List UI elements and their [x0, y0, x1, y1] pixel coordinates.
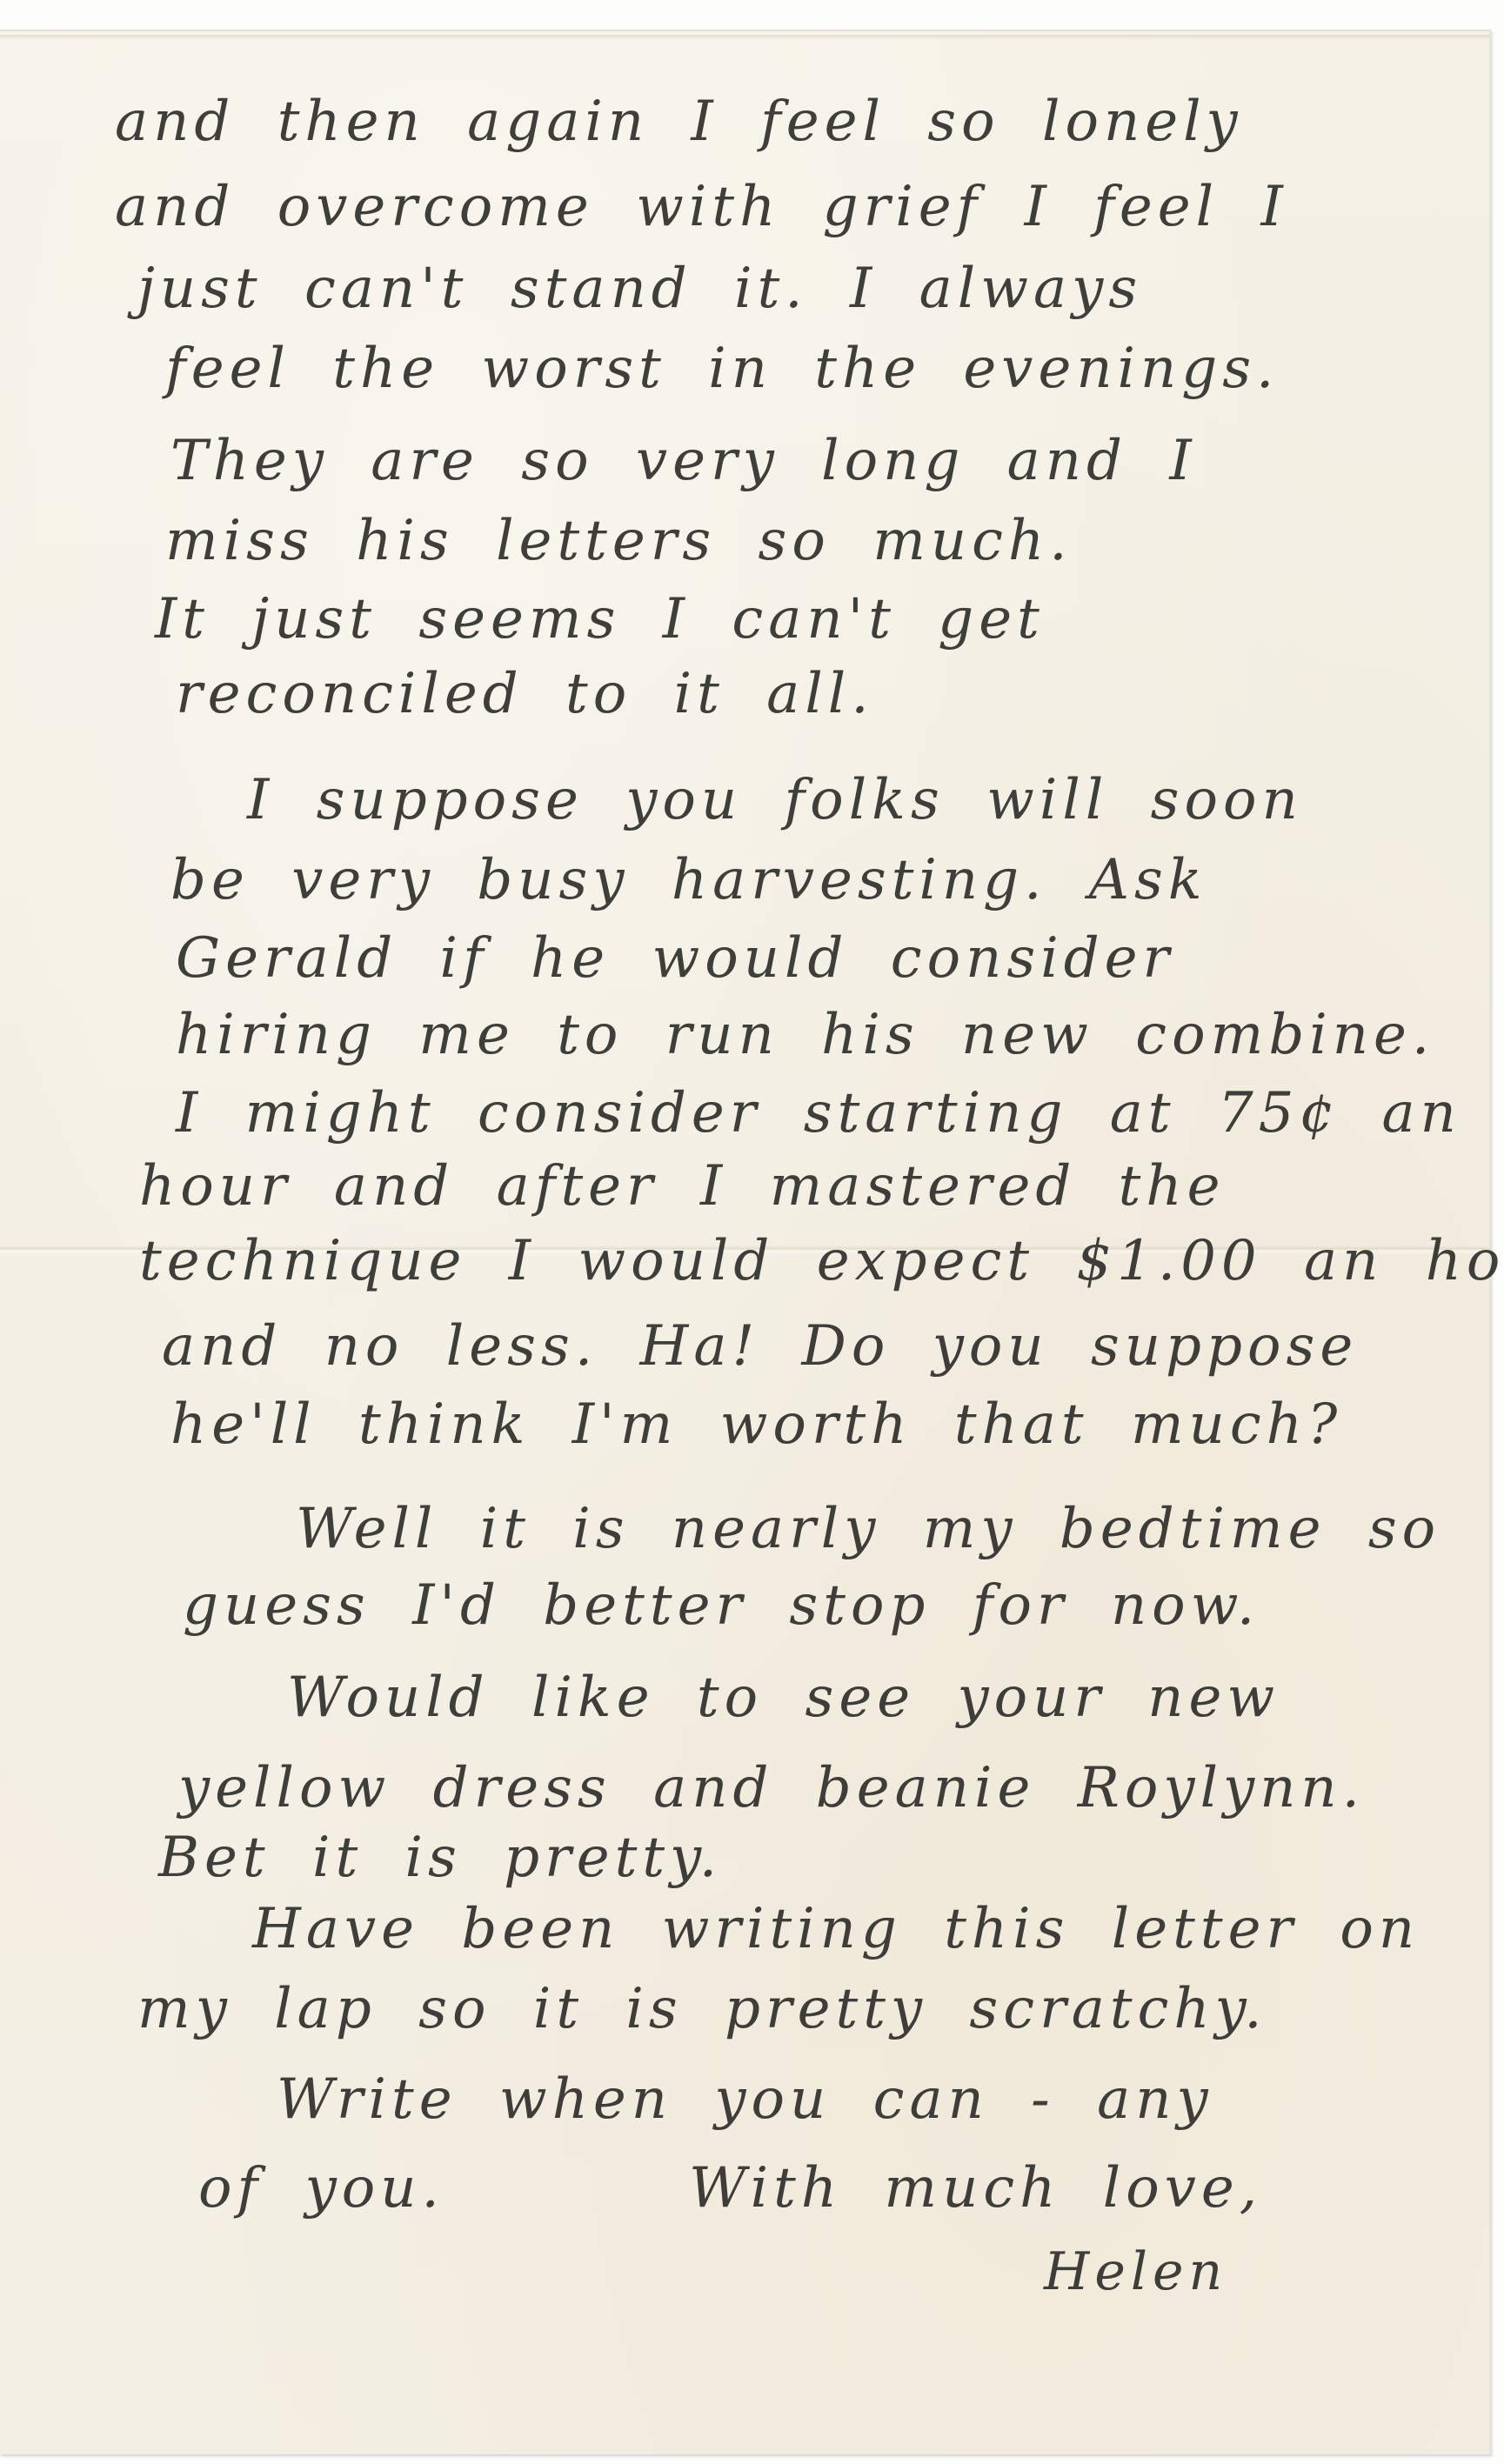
- letter-line-3: just can't stand it. I always: [137, 254, 1142, 324]
- letter-line-21: yellow dress and beanie Roylynn.: [178, 1753, 1365, 1823]
- letter-line-26: of you.: [198, 2153, 445, 2223]
- letter-line-19: guess I'd better stop for now.: [183, 1571, 1260, 1640]
- letter-line-4: feel the worst in the evenings.: [165, 334, 1279, 404]
- letter-line-14: hour and after I mastered the: [139, 1152, 1225, 1221]
- letter-line-12: hiring me to run his new combine.: [176, 1000, 1434, 1070]
- letter-line-5: They are so very long and I: [170, 426, 1197, 496]
- letter-line-23: Have been writing this letter on: [252, 1894, 1420, 1964]
- letter-line-17: he'll think I'm worth that much?: [170, 1390, 1342, 1459]
- letter-line-2: and overcome with grief I feel I: [115, 172, 1288, 242]
- letter-line-10: be very busy harvesting. Ask: [170, 845, 1207, 915]
- letter-signature: Helen: [1044, 2237, 1227, 2307]
- letter-line-18: Well it is nearly my bedtime so: [296, 1494, 1440, 1564]
- letter-line-9: I suppose you folks will soon: [247, 765, 1303, 835]
- letter-closing: With much love,: [689, 2153, 1262, 2223]
- letter-line-22: Bet it is pretty.: [158, 1823, 722, 1893]
- letter-line-13: I might consider starting at 75¢ an: [176, 1078, 1461, 1148]
- letter-line-16: and no less. Ha! Do you suppose: [162, 1312, 1358, 1381]
- letter-line-25: Write when you can - any: [277, 2065, 1213, 2134]
- letter-line-7: It just seems I can't get: [155, 584, 1045, 654]
- letter-line-15: technique I would expect $1.00 an hour: [139, 1226, 1504, 1296]
- letter-line-20: Would like to see your new: [287, 1663, 1280, 1733]
- letter-line-1: and then again I feel so lonely: [115, 87, 1243, 157]
- letter-line-8: reconciled to it all.: [176, 659, 874, 729]
- letter-line-6: miss his letters so much.: [165, 506, 1073, 576]
- letter-line-11: Gerald if he would consider: [176, 924, 1174, 993]
- letter-line-24: my lap so it is pretty scratchy.: [137, 1974, 1267, 2044]
